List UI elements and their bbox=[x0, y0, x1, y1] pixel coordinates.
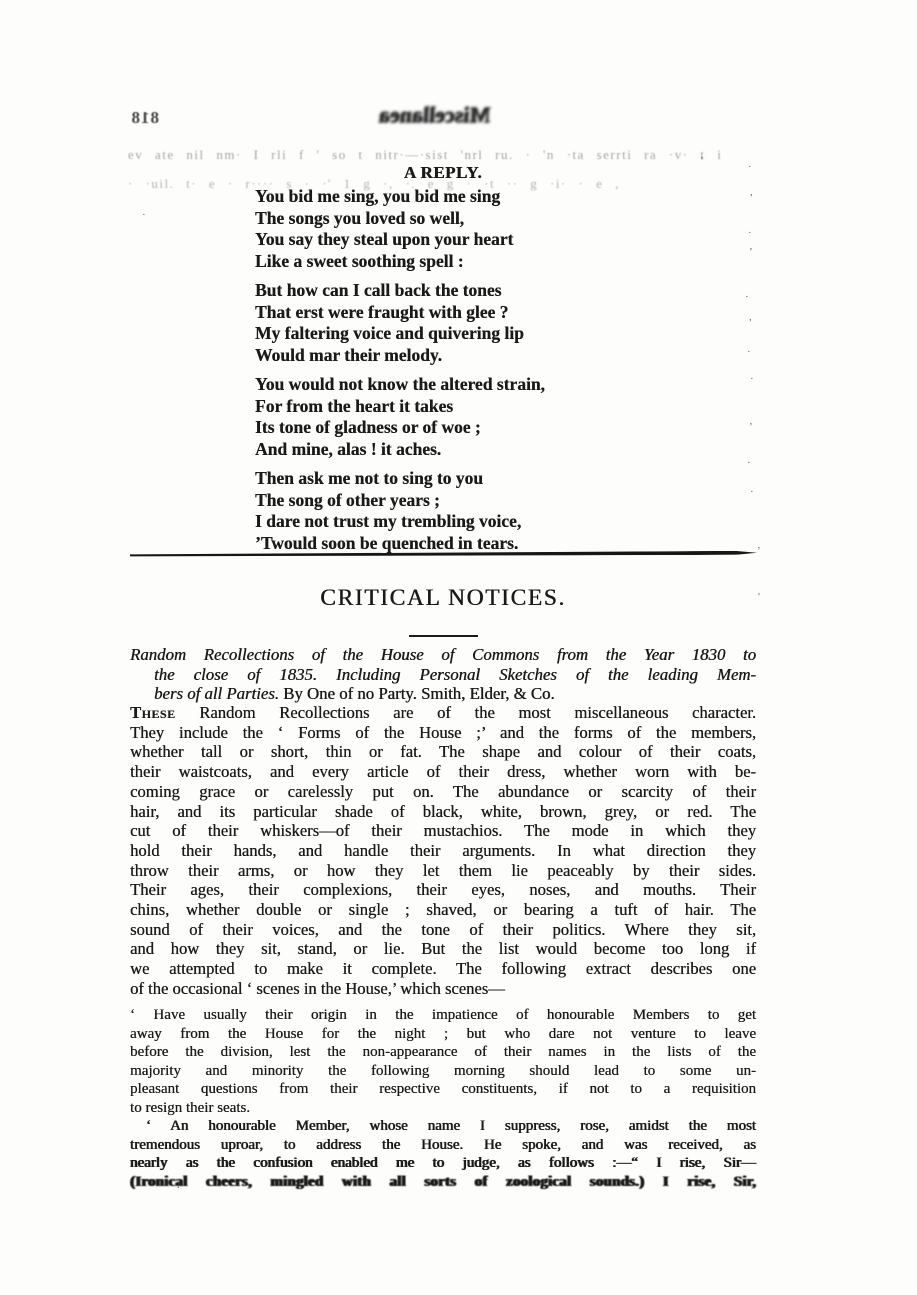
extract-line: majority and minority the following morn… bbox=[130, 1062, 756, 1081]
poem-line: Would mar their melody. bbox=[255, 345, 675, 367]
scan-speck: · bbox=[747, 347, 751, 358]
extract-line: before the division, lest the non-appear… bbox=[130, 1043, 756, 1062]
poem-line: You say they steal upon your heart bbox=[255, 229, 675, 251]
extract-line: ‘ Have usually their origin in the impat… bbox=[130, 1006, 756, 1025]
section-title: CRITICAL NOTICES. bbox=[130, 585, 756, 612]
body-line: hold their hands, and handle their argum… bbox=[130, 841, 756, 861]
quoted-extract: ‘ Have usually their origin in the impat… bbox=[130, 1006, 756, 1191]
poem-line: For from the heart it takes bbox=[255, 396, 675, 418]
body-line: of the occasional ‘ scenes in the House,… bbox=[130, 979, 756, 999]
poem-line: And mine, alas ! it aches. bbox=[255, 439, 675, 461]
extract-line: (Ironical cheers, mingled with all sorts… bbox=[130, 1173, 756, 1192]
citation-line: bers of all Parties. By One of no Party.… bbox=[154, 684, 756, 704]
extract-line: tremendous uproar, to address the House.… bbox=[130, 1136, 756, 1155]
scanned-page: 818 Miscellanea ev ate nil nm· I rli f '… bbox=[0, 0, 917, 1295]
book-citation: Random Recollections of the House of Com… bbox=[130, 645, 756, 704]
citation-line: the close of 1835. Including Personal Sk… bbox=[154, 665, 756, 685]
running-title-smudge: Miscellanea bbox=[329, 102, 540, 128]
poem-stanza: Then ask me not to sing to you The song … bbox=[255, 468, 675, 554]
body-line: cut of their whiskers—of their mustachio… bbox=[130, 821, 756, 841]
citation-line: Random Recollections of the House of Com… bbox=[130, 645, 756, 665]
citation-publisher: By One of no Party. Smith, Elder, & Co. bbox=[279, 684, 555, 703]
scan-speck: · bbox=[745, 292, 749, 303]
lead-word: These bbox=[130, 703, 176, 722]
extract-line: ‘ An honourable Member, whose name I sup… bbox=[130, 1117, 756, 1136]
poem-line: My faltering voice and quivering lip bbox=[255, 323, 675, 345]
body-line: and how they sit, stand, or lie. But the… bbox=[130, 939, 756, 959]
scan-speck: · bbox=[750, 487, 754, 498]
title-underline-rule bbox=[409, 635, 478, 637]
body-line: Their ages, their complexions, their eye… bbox=[130, 880, 756, 900]
body-line: chins, whether double or single ; shaved… bbox=[130, 900, 756, 920]
poem-stanza: But how can I call back the tones That e… bbox=[255, 280, 675, 366]
body-line: hair, and its particular shade of black,… bbox=[130, 802, 756, 822]
body-line: These Random Recollections are of the mo… bbox=[130, 703, 756, 723]
poem-line: You bid me sing, you bid me sing bbox=[255, 186, 675, 208]
poem: You bid me sing, you bid me sing The son… bbox=[255, 186, 675, 562]
body-line: we attempted to make it complete. The fo… bbox=[130, 959, 756, 979]
poem-title: A REPLY. bbox=[130, 163, 756, 183]
body-line-text: Random Recollections are of the most mis… bbox=[199, 703, 756, 722]
poem-stanza: You would not know the altered strain, F… bbox=[255, 374, 675, 460]
extract-line: nearly as the confusion enabled me to ju… bbox=[130, 1154, 756, 1173]
poem-line: Its tone of gladness or of woe ; bbox=[255, 417, 675, 439]
scan-speck: · bbox=[748, 228, 752, 239]
poem-line: ’Twould soon be quenched in tears. bbox=[255, 533, 675, 555]
scan-speck: ’ bbox=[757, 546, 761, 557]
body-line: their waistcoats, and every article of t… bbox=[130, 762, 756, 782]
extract-line: pleasant questions from their respective… bbox=[130, 1080, 756, 1099]
extract-line: to resign their seats. bbox=[130, 1099, 756, 1118]
extract-line: away from the House for the night ; but … bbox=[130, 1025, 756, 1044]
scan-speck: , bbox=[749, 312, 752, 323]
scan-speck: . bbox=[177, 1180, 180, 1191]
scan-speck: ’ bbox=[749, 422, 753, 433]
scan-speck: ’ bbox=[700, 156, 704, 167]
poem-line: The songs you loved so well, bbox=[255, 208, 675, 230]
scan-speck: · bbox=[747, 458, 751, 469]
body-line: throw their arms, or how they let them l… bbox=[130, 861, 756, 881]
poem-line: You would not know the altered strain, bbox=[255, 374, 675, 396]
poem-stanza: You bid me sing, you bid me sing The son… bbox=[255, 186, 675, 272]
scan-speck: ' bbox=[758, 592, 760, 603]
citation-italic: bers of all Parties. bbox=[154, 684, 279, 703]
body-line: coming grace or carelessly put on. The a… bbox=[130, 782, 756, 802]
poem-line: That erst were fraught with glee ? bbox=[255, 302, 675, 324]
scan-speck: · bbox=[750, 374, 754, 385]
scan-speck: · bbox=[748, 162, 752, 173]
poem-line: Then ask me not to sing to you bbox=[255, 468, 675, 490]
scan-speck: · bbox=[142, 210, 146, 221]
scan-speck: ’ bbox=[749, 247, 753, 258]
poem-line: I dare not trust my trembling voice, bbox=[255, 511, 675, 533]
poem-line: But how can I call back the tones bbox=[255, 280, 675, 302]
review-body: These Random Recollections are of the mo… bbox=[130, 703, 756, 999]
body-line: sound of their voices, and the tone of t… bbox=[130, 920, 756, 940]
body-line: whether tall or short, thin or fat. The … bbox=[130, 742, 756, 762]
scan-speck: , bbox=[750, 187, 753, 198]
poem-line: Like a sweet soothing spell : bbox=[255, 251, 675, 273]
body-line: They include the ‘ Forms of the House ;’… bbox=[130, 723, 756, 743]
poem-line: The song of other years ; bbox=[255, 490, 675, 512]
page-number: 818 bbox=[119, 108, 159, 128]
